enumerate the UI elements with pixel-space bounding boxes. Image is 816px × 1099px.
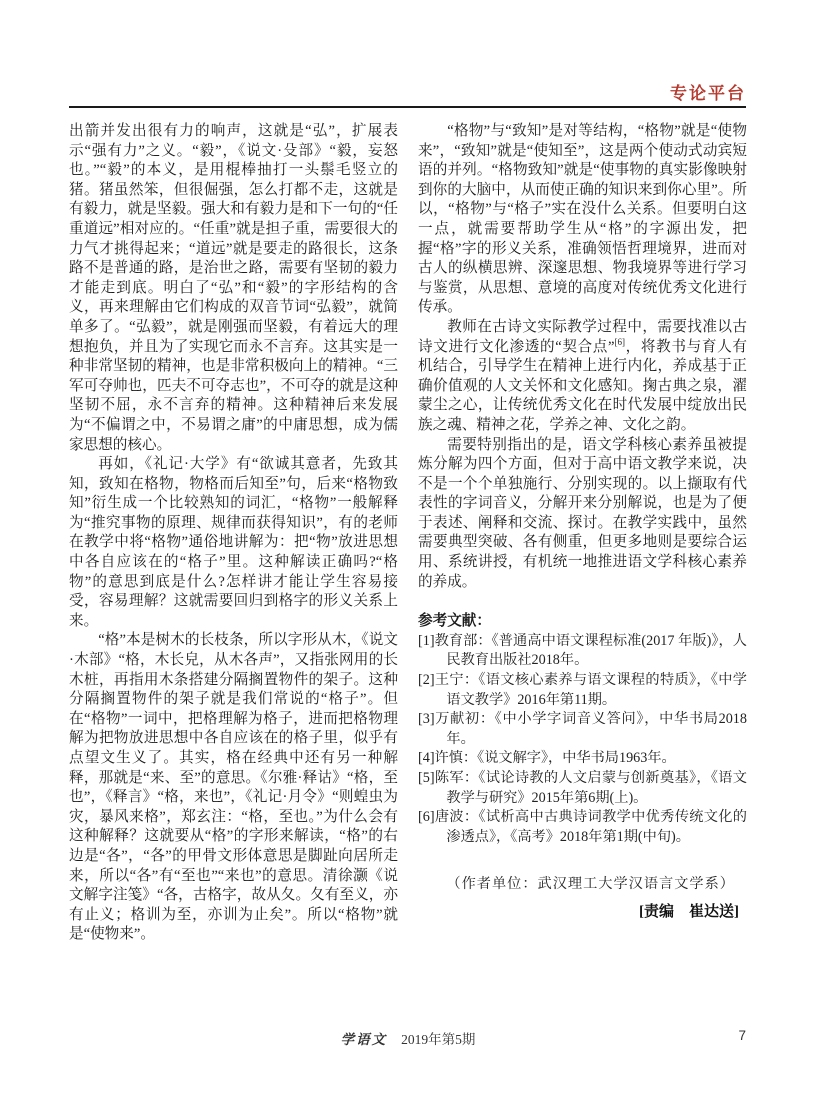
body-paragraph: “格”本是树木的长枝条，所以字形从木，《说文·木部》“格，木长皃，从木各声”，又…: [69, 631, 398, 945]
journal-issue: 2019年第5期: [401, 1032, 475, 1047]
references-heading: 参考文献：: [418, 612, 747, 632]
right-column: “格物”与“致知”是对等结构，“格物”就是“使物来”，“致知”就是“使知至”，这…: [418, 122, 747, 945]
reference-item: [2]王宁：《语文核心素养与语文课程的特质》，《中学语文教学》2016年第11期…: [418, 671, 747, 710]
reference-item: [1]教育部：《普通高中语文课程标准(2017 年版)》，人民教育出版社2018…: [418, 632, 747, 671]
body-paragraph: “格物”与“致知”是对等结构，“格物”就是“使物来”，“致知”就是“使知至”，这…: [418, 122, 747, 318]
reference-item: [3]万献初：《中小学字词音义答问》，中华书局2018年。: [418, 710, 747, 749]
journal-page: 专论平台 出箭并发出很有力的响声，这就是“弘”，扩展表示“强有力”之义。“毅”，…: [0, 0, 816, 1099]
header-divider-rule: [69, 106, 746, 108]
page-number: 7: [738, 1028, 746, 1043]
left-column: 出箭并发出很有力的响声，这就是“弘”，扩展表示“强有力”之义。“毅”，《说文·殳…: [69, 122, 398, 945]
body-paragraph: 出箭并发出很有力的响声，这就是“弘”，扩展表示“强有力”之义。“毅”，《说文·殳…: [69, 122, 398, 455]
page-footer: 学语文2019年第5期: [0, 1028, 816, 1048]
reference-item: [5]陈军：《试论诗教的人文启蒙与创新奠基》，《语文教学与研究》2015年第6期…: [418, 769, 747, 808]
body-paragraph: 教师在古诗文实际教学过程中，需要找准以古诗文进行文化渗透的“契合点”[6]，将教…: [418, 318, 747, 436]
responsible-editor-note: [责编 崔达送]: [418, 903, 747, 923]
journal-name: 学语文: [341, 1032, 388, 1047]
reference-item: [4]许慎：《说文解字》，中华书局1963年。: [418, 749, 747, 769]
reference-item: [6]唐波：《试析高中古典诗词教学中优秀传统文化的渗透点》，《高考》2018年第…: [418, 808, 747, 847]
two-column-body: 出箭并发出很有力的响声，这就是“弘”，扩展表示“强有力”之义。“毅”，《说文·殳…: [69, 122, 747, 945]
body-paragraph: 需要特别指出的是，语文学科核心素养虽被提炼分解为四个方面，但对于高中语文教学来说…: [418, 436, 747, 593]
section-header-label: 专论平台: [670, 79, 746, 104]
author-affiliation-note: （作者单位：武汉理工大学汉语言文学系）: [418, 875, 747, 895]
citation-superscript: [6]: [615, 337, 626, 347]
body-paragraph: 再如，《礼记·大学》有“欲诚其意者，先致其知，致知在格物，物格而后知至”句，后来…: [69, 455, 398, 631]
